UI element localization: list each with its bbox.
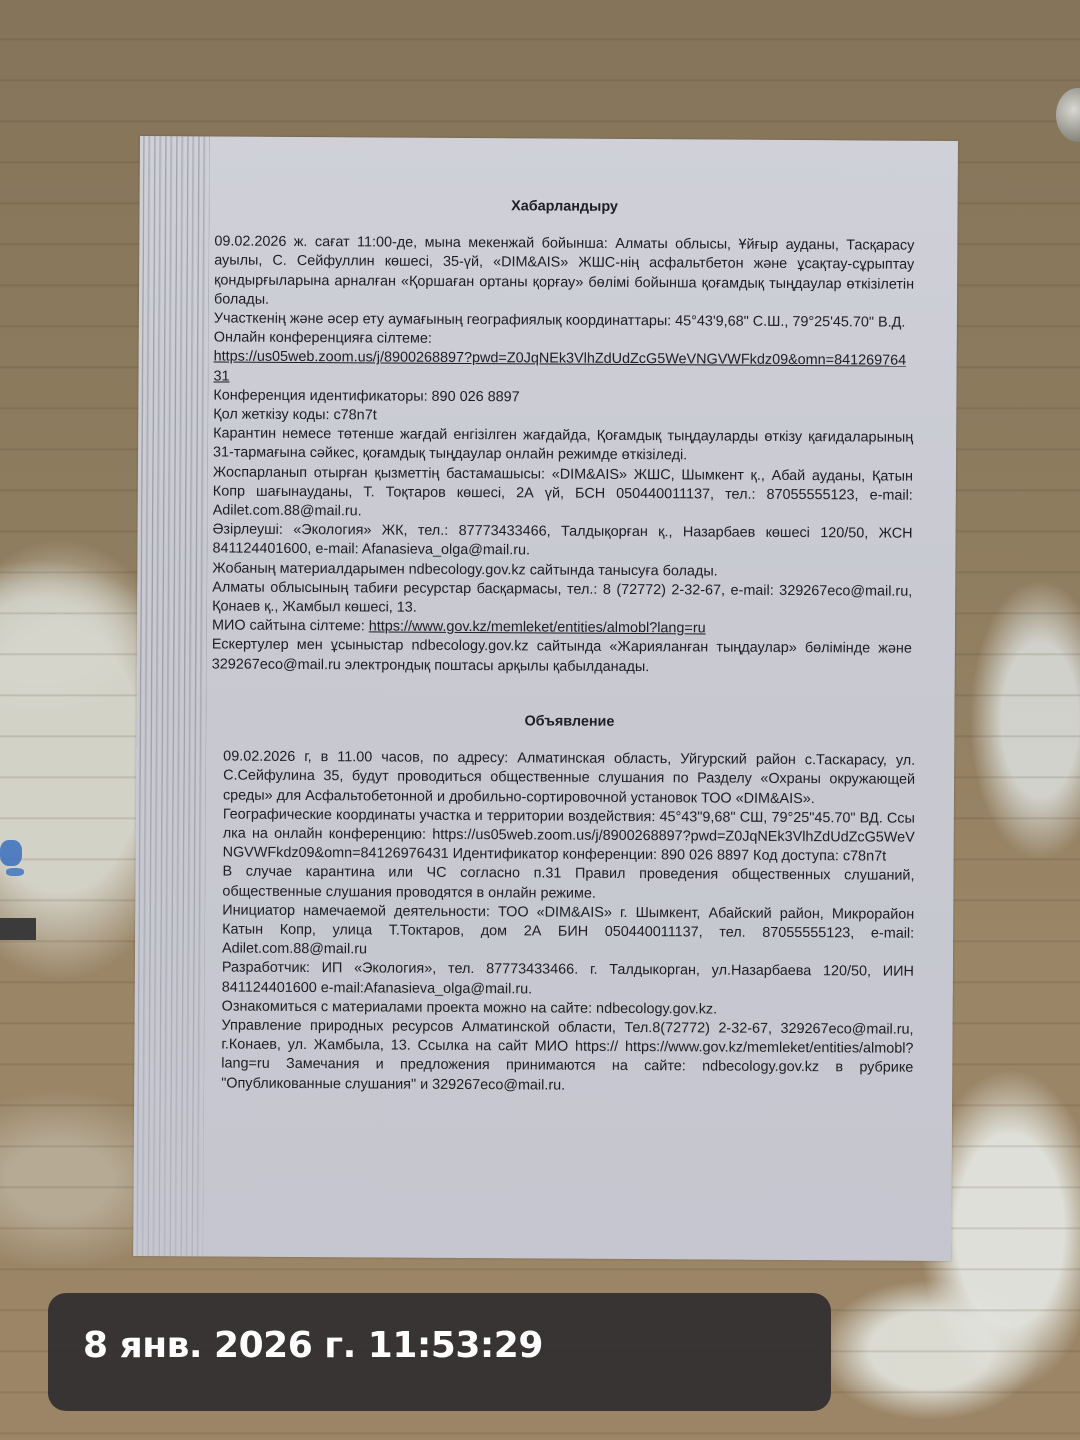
- paragraph: Жоспарланып отырған қызметтің бастамашыс…: [213, 463, 913, 525]
- paint-stain: [6, 868, 24, 876]
- zoom-link[interactable]: https://us05web.zoom.us/j/8900268897?pwd…: [213, 349, 906, 384]
- mio-label: МИО сайтына сілтеме:: [212, 618, 369, 635]
- notice-title-kz: Хабарландыру: [215, 195, 915, 218]
- paragraph: Әзірлеуші: «Экология» ЖК, тел.: 87773433…: [212, 521, 912, 564]
- notice-russian: Объявление 09.02.2026 г, в 11.00 часов, …: [221, 711, 915, 1098]
- notice-title-ru: Объявление: [223, 711, 915, 734]
- paragraph: 09.02.2026 ж. сағат 11:00-де, мына мекен…: [214, 233, 914, 314]
- paragraph: 09.02.2026 г, в 11.00 часов, по адресу: …: [223, 748, 915, 810]
- mio-link[interactable]: https://www.gov.kz/memleket/entities/alm…: [369, 619, 706, 637]
- timestamp-text: 8 янв. 2026 г. 11:53:29: [83, 1325, 543, 1366]
- paragraph: В случае карантина или ЧС согласно п.31 …: [222, 863, 914, 906]
- paragraph: Географические координаты участка и терр…: [223, 805, 915, 867]
- paragraph: Карантин немесе төтенше жағдай енгізілге…: [213, 425, 913, 468]
- paragraph: Разработчик: ИП «Экология», тел. 8777343…: [222, 959, 914, 1002]
- board-debris: [0, 918, 36, 940]
- paragraph: Ескертулер мен ұсыныстар ndbecology.gov.…: [212, 636, 912, 679]
- printer-streaks: [133, 136, 210, 1256]
- paragraph: Инициатор намечаемой деятельности: ТОО «…: [222, 901, 914, 963]
- paragraph: Управление природных ресурсов Алматинско…: [221, 1017, 913, 1098]
- notice-kazakh: Хабарландыру 09.02.2026 ж. сағат 11:00-д…: [212, 195, 915, 678]
- notice-sheet: Хабарландыру 09.02.2026 ж. сағат 11:00-д…: [133, 136, 958, 1261]
- paragraph: Алматы облысының табиғи ресурстар басқар…: [212, 578, 912, 621]
- paint-stain: [0, 840, 22, 866]
